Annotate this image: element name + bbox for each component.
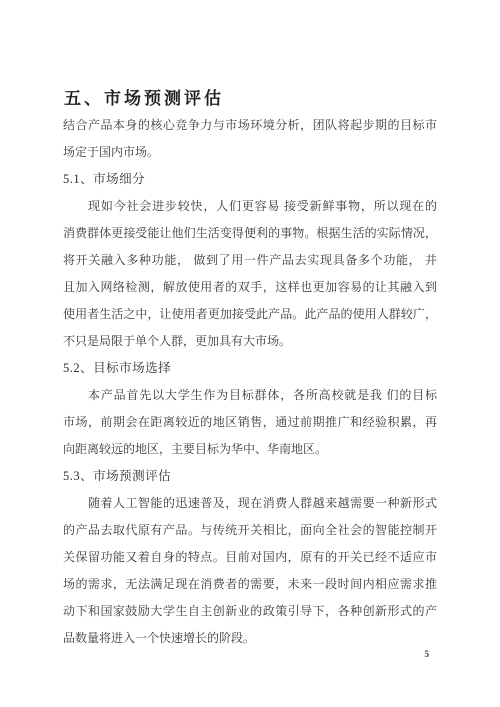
text-line: 关保留功能又着自身的特点。目前对国内，原有的开关已经不适应市 [63, 544, 437, 571]
text-line: 本产品首先以大学生作为目标群体，各所高校就是我 们的目标 [63, 382, 437, 409]
document-title: 五、市场预测评估 [64, 86, 224, 112]
text-line: 消费群体更接受能让他们生活变得便利的事物。根据生活的实际情况， [63, 220, 437, 247]
document-page: 五、市场预测评估 结合产品本身的核心竞争力与市场环境分析，团队将起步期的目标市场… [0, 0, 500, 707]
text-line: 现如今社会进步较快，人们更容易 接受新鲜事物，所以现在的 [63, 193, 437, 220]
document-body: 结合产品本身的核心竞争力与市场环境分析，团队将起步期的目标市场定于国内市场。5.… [63, 112, 437, 652]
text-line: 结合产品本身的核心竞争力与市场环境分析，团队将起步期的目标市 [63, 112, 437, 139]
text-line: 动下和国家鼓励大学生自主创新业的政策引导下，各种创新形式的产 [63, 598, 437, 625]
text-line: 使用者生活之中，让使用者更加接受此产品。此产品的使用人群较广， [63, 301, 437, 328]
section-heading: 5.2、目标市场选择 [63, 355, 437, 382]
text-line: 场的需求，无法满足现在消费者的需要，未来一段时间内相应需求推 [63, 571, 437, 598]
text-line: 且加入网络检测，解放使用者的双手，这样也更加容易的让其融入到 [63, 274, 437, 301]
text-line: 随着人工智能的迅速普及，现在消费人群越来越需要一种新形式 [63, 490, 437, 517]
text-line: 场定于国内市场。 [63, 139, 437, 166]
text-line: 不只是局限于单个人群，更加具有大市场。 [63, 328, 437, 355]
text-line: 市场，前期会在距离较近的地区销售，通过前期推广和经验积累，再 [63, 409, 437, 436]
text-line: 将开关融入多种功能， 做到了用一件产品去实现具备多个功能， 并 [63, 247, 437, 274]
text-line: 向距离较远的地区，主要目标为华中、华南地区。 [63, 436, 437, 463]
page-number: 5 [425, 648, 430, 660]
text-line: 品数量将进入一个快速增长的阶段。 [63, 625, 437, 652]
section-heading: 5.1、市场细分 [63, 166, 437, 193]
text-line: 的产品去取代原有产品。与传统开关相比，面向全社会的智能控制开 [63, 517, 437, 544]
section-heading: 5.3、市场预测评估 [63, 463, 437, 490]
